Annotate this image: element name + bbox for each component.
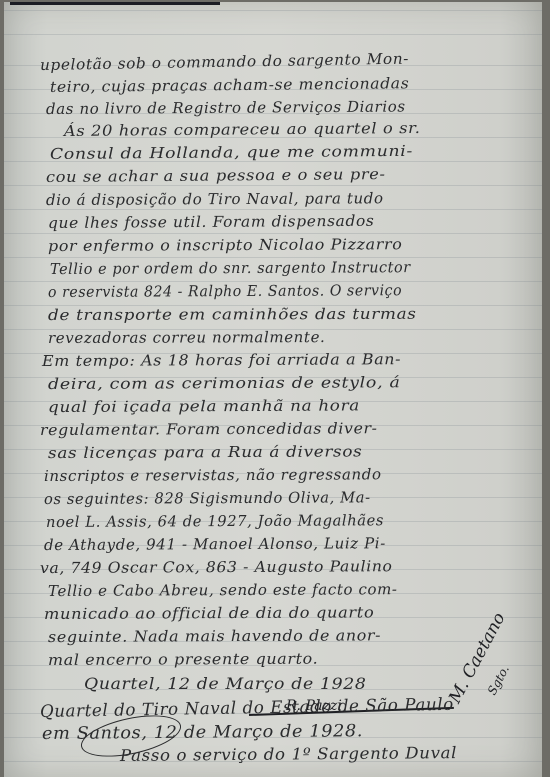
body-line: Consul da Hollanda, que me communi- <box>50 142 413 163</box>
body-line: mal encerro o presente quarto. <box>48 650 318 669</box>
body-line: va, 749 Oscar Cox, 863 - Augusto Paulino <box>40 557 393 577</box>
body-line: Tellio e por ordem do snr. sargento Inst… <box>50 258 411 278</box>
body-line: noel L. Assis, 64 de 1927, João Magalhãe… <box>46 511 384 531</box>
body-line: cou se achar a sua pessoa e o seu pre- <box>46 165 386 186</box>
body-line: revezadoras correu normalmente. <box>48 328 325 347</box>
footer-line: Passo o serviço do 1º Sargento Duval <box>120 743 457 765</box>
body-line: de Athayde, 941 - Manoel Alonso, Luiz Pi… <box>44 534 386 554</box>
body-line: inscriptos e reservistas, não regressand… <box>44 465 382 485</box>
body-line: Ás 20 horas compareceu ao quartel o sr. <box>64 119 421 140</box>
body-line: o reservista 824 - Ralpho E. Santos. O s… <box>48 281 402 301</box>
body-line: Em tempo: As 18 horas foi arriada a Ban- <box>42 350 401 370</box>
body-line: regulamentar. Foram concedidas diver- <box>40 419 378 439</box>
body-line: dio á disposição do Tiro Naval, para tud… <box>46 189 384 209</box>
body-line: teiro, cujas praças acham-se mencionadas <box>50 74 410 96</box>
date-line: Quartel, 12 de Março de 1928 <box>84 674 367 693</box>
body-line: municado ao official de dia do quarto <box>44 603 374 623</box>
body-line: os seguintes: 828 Sigismundo Oliva, Ma- <box>44 488 371 508</box>
body-line: Tellio e Cabo Abreu, sendo este facto co… <box>48 580 398 600</box>
body-line: qual foi içada pela manhã na hora <box>48 396 360 416</box>
document-page: upelotão sob o commando do sargento Mon-… <box>4 2 542 777</box>
body-line: sas licenças para a Rua á diversos <box>48 442 362 462</box>
body-line: deira, com as cerimonias de estylo, á <box>48 373 401 393</box>
body-line: seguinte. Nada mais havendo de anor- <box>48 626 381 646</box>
body-line: de transporte em caminhões das turmas <box>48 305 417 324</box>
body-line: das no livro de Registro de Serviços Dia… <box>46 97 406 118</box>
body-line: que lhes fosse util. Foram dispensados <box>48 212 375 232</box>
body-line: por enfermo o inscripto Nicolao Pizzarro <box>48 235 403 255</box>
